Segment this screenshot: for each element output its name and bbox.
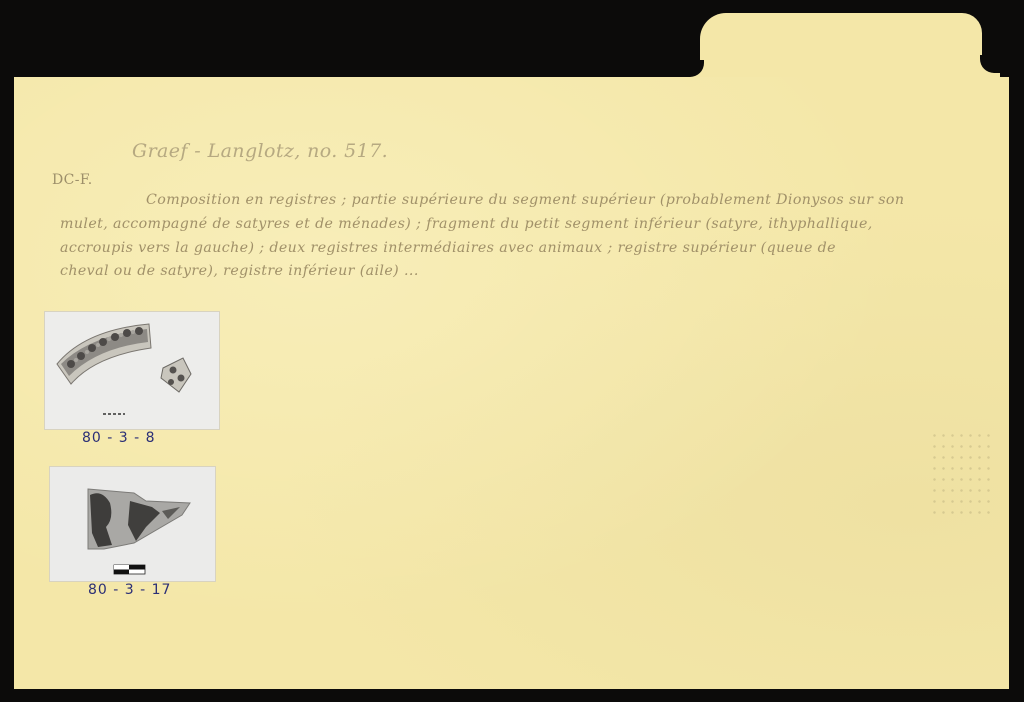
description-line-3: accroupis vers la gauche) ; deux registr… [60,240,836,256]
pottery-fragments-image [45,312,219,429]
tab-corner-right [978,55,1000,79]
classification-code: DC-F. [52,172,93,188]
paper-stain [930,430,990,520]
photo-fragment-80-3-17 [49,466,216,582]
description-line-2: mulet, accompagné de satyres et de ménad… [60,216,873,232]
photo-fragment-80-3-8 [44,311,220,430]
description-line-1: Composition en registres ; partie supéri… [146,192,904,208]
photo-label-1: 80 - 3 - 8 [82,430,156,446]
catalog-reference: Graef - Langlotz, no. 517. [132,140,388,162]
black-figure-fragment-image [50,467,215,581]
photo-label-2: 80 - 3 - 17 [88,582,171,598]
description-line-4: cheval ou de satyre), registre inférieur… [60,263,419,279]
